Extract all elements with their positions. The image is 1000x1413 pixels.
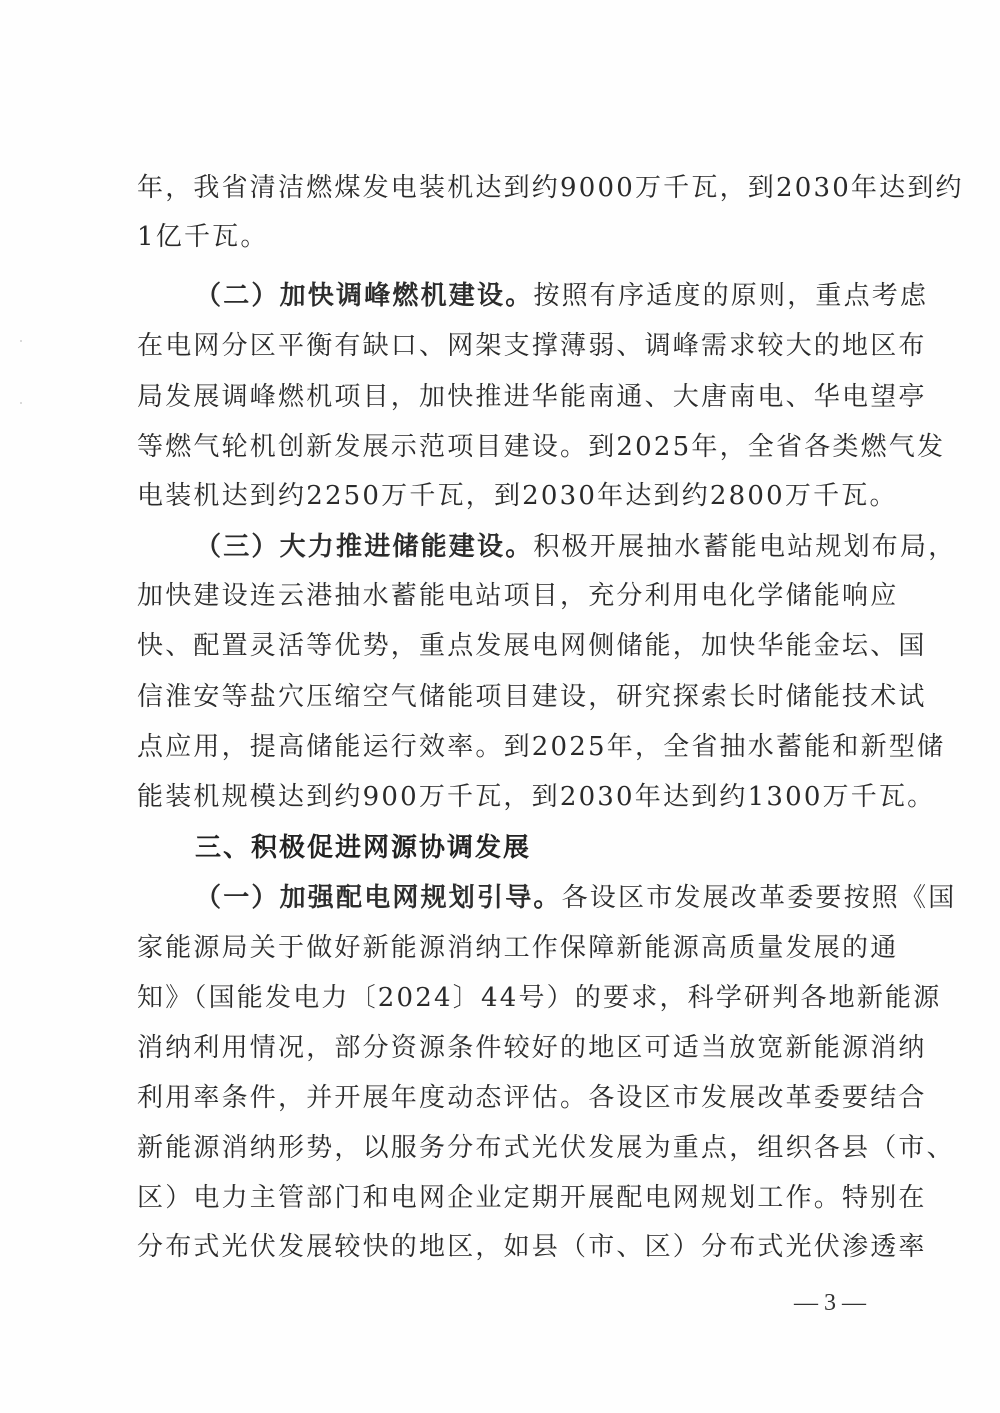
body-text: 等燃气轮机创新发展示范项目建设。到2025年，全省各类燃气发 bbox=[137, 432, 945, 462]
body-text: 在电网分区平衡有缺口、网架支撑薄弱、调峰需求较大的地区布 bbox=[137, 331, 927, 361]
body-line: 分布式光伏发展较快的地区，如县（市、区）分布式光伏渗透率 bbox=[137, 1227, 883, 1267]
body-text: 1亿千瓦。 bbox=[137, 222, 269, 252]
body-text: 分布式光伏发展较快的地区，如县（市、区）分布式光伏渗透率 bbox=[137, 1232, 927, 1262]
subsection-title: （三）大力推进储能建设。 bbox=[195, 532, 533, 562]
scan-speck bbox=[20, 340, 22, 342]
section-heading-text: 三、积极促进网源协调发展 bbox=[195, 833, 531, 863]
body-line: 1亿千瓦。 bbox=[137, 217, 883, 257]
body-line: 知》（国能发电力〔2024〕44号）的要求，科学研判各地新能源 bbox=[137, 978, 883, 1018]
body-line: 能装机规模达到约900万千瓦，到2030年达到约1300万千瓦。 bbox=[137, 777, 883, 817]
body-line: 利用率条件，并开展年度动态评估。各设区市发展改革委要结合 bbox=[137, 1078, 883, 1118]
subsection-3-first-line: （三）大力推进储能建设。积极开展抽水蓄能电站规划布局， bbox=[195, 527, 883, 567]
body-text: 快、配置灵活等优势，重点发展电网侧储能，加快华能金坛、国 bbox=[137, 631, 927, 661]
body-line: 区）电力主管部门和电网企业定期开展配电网规划工作。特别在 bbox=[137, 1178, 883, 1218]
body-text: 区）电力主管部门和电网企业定期开展配电网规划工作。特别在 bbox=[137, 1183, 927, 1213]
body-text: 按照有序适度的原则，重点考虑 bbox=[533, 281, 928, 311]
subsection-title: （一）加强配电网规划引导。 bbox=[195, 883, 562, 913]
body-line: 家能源局关于做好新能源消纳工作保障新能源高质量发展的通 bbox=[137, 928, 883, 968]
body-text: 知》（国能发电力〔2024〕44号）的要求，科学研判各地新能源 bbox=[137, 983, 941, 1013]
body-line: 消纳利用情况，部分资源条件较好的地区可适当放宽新能源消纳 bbox=[137, 1028, 883, 1068]
document-page: 年，我省清洁燃煤发电装机达到约9000万千瓦，到2030年达到约 1亿千瓦。 （… bbox=[0, 0, 1000, 1413]
body-text: 积极开展抽水蓄能电站规划布局， bbox=[533, 532, 956, 562]
scan-speck bbox=[20, 402, 22, 404]
body-line: 信淮安等盐穴压缩空气储能项目建设，研究探索长时储能技术试 bbox=[137, 677, 883, 717]
body-text: 年，我省清洁燃煤发电装机达到约9000万千瓦，到2030年达到约 bbox=[137, 173, 964, 203]
body-line: 加快建设连云港抽水蓄能电站项目，充分利用电化学储能响应 bbox=[137, 576, 883, 616]
body-text: 加快建设连云港抽水蓄能电站项目，充分利用电化学储能响应 bbox=[137, 581, 898, 611]
body-text: 点应用，提高储能运行效率。到2025年，全省抽水蓄能和新型储 bbox=[137, 732, 945, 762]
subsection-2-first-line: （二）加快调峰燃机建设。按照有序适度的原则，重点考虑 bbox=[195, 276, 883, 316]
body-line: 局发展调峰燃机项目，加快推进华能南通、大唐南电、华电望亭 bbox=[137, 377, 883, 417]
subsection-1-first-line: （一）加强配电网规划引导。各设区市发展改革委要按照《国 bbox=[195, 878, 883, 918]
body-line: 年，我省清洁燃煤发电装机达到约9000万千瓦，到2030年达到约 bbox=[137, 168, 883, 208]
body-text: 信淮安等盐穴压缩空气储能项目建设，研究探索长时储能技术试 bbox=[137, 682, 927, 712]
body-text: 各设区市发展改革委要按照《国 bbox=[562, 883, 957, 913]
body-line: 在电网分区平衡有缺口、网架支撑薄弱、调峰需求较大的地区布 bbox=[137, 326, 883, 366]
body-line: 等燃气轮机创新发展示范项目建设。到2025年，全省各类燃气发 bbox=[137, 427, 883, 467]
body-line: 电装机达到约2250万千瓦，到2030年达到约2800万千瓦。 bbox=[137, 476, 883, 516]
body-text: 电装机达到约2250万千瓦，到2030年达到约2800万千瓦。 bbox=[137, 481, 898, 511]
page-number: — 3 — bbox=[780, 1288, 880, 1318]
body-text: 利用率条件，并开展年度动态评估。各设区市发展改革委要结合 bbox=[137, 1083, 927, 1113]
subsection-title: （二）加快调峰燃机建设。 bbox=[195, 281, 533, 311]
body-text: 能装机规模达到约900万千瓦，到2030年达到约1300万千瓦。 bbox=[137, 782, 935, 812]
body-text: 局发展调峰燃机项目，加快推进华能南通、大唐南电、华电望亭 bbox=[137, 382, 927, 412]
section-heading: 三、积极促进网源协调发展 bbox=[195, 828, 883, 868]
body-text: 新能源消纳形势，以服务分布式光伏发展为重点，组织各县（市、 bbox=[137, 1133, 955, 1163]
body-text: 消纳利用情况，部分资源条件较好的地区可适当放宽新能源消纳 bbox=[137, 1033, 927, 1063]
body-line: 新能源消纳形势，以服务分布式光伏发展为重点，组织各县（市、 bbox=[137, 1128, 883, 1168]
body-line: 点应用，提高储能运行效率。到2025年，全省抽水蓄能和新型储 bbox=[137, 727, 883, 767]
body-text: 家能源局关于做好新能源消纳工作保障新能源高质量发展的通 bbox=[137, 933, 898, 963]
body-line: 快、配置灵活等优势，重点发展电网侧储能，加快华能金坛、国 bbox=[137, 626, 883, 666]
